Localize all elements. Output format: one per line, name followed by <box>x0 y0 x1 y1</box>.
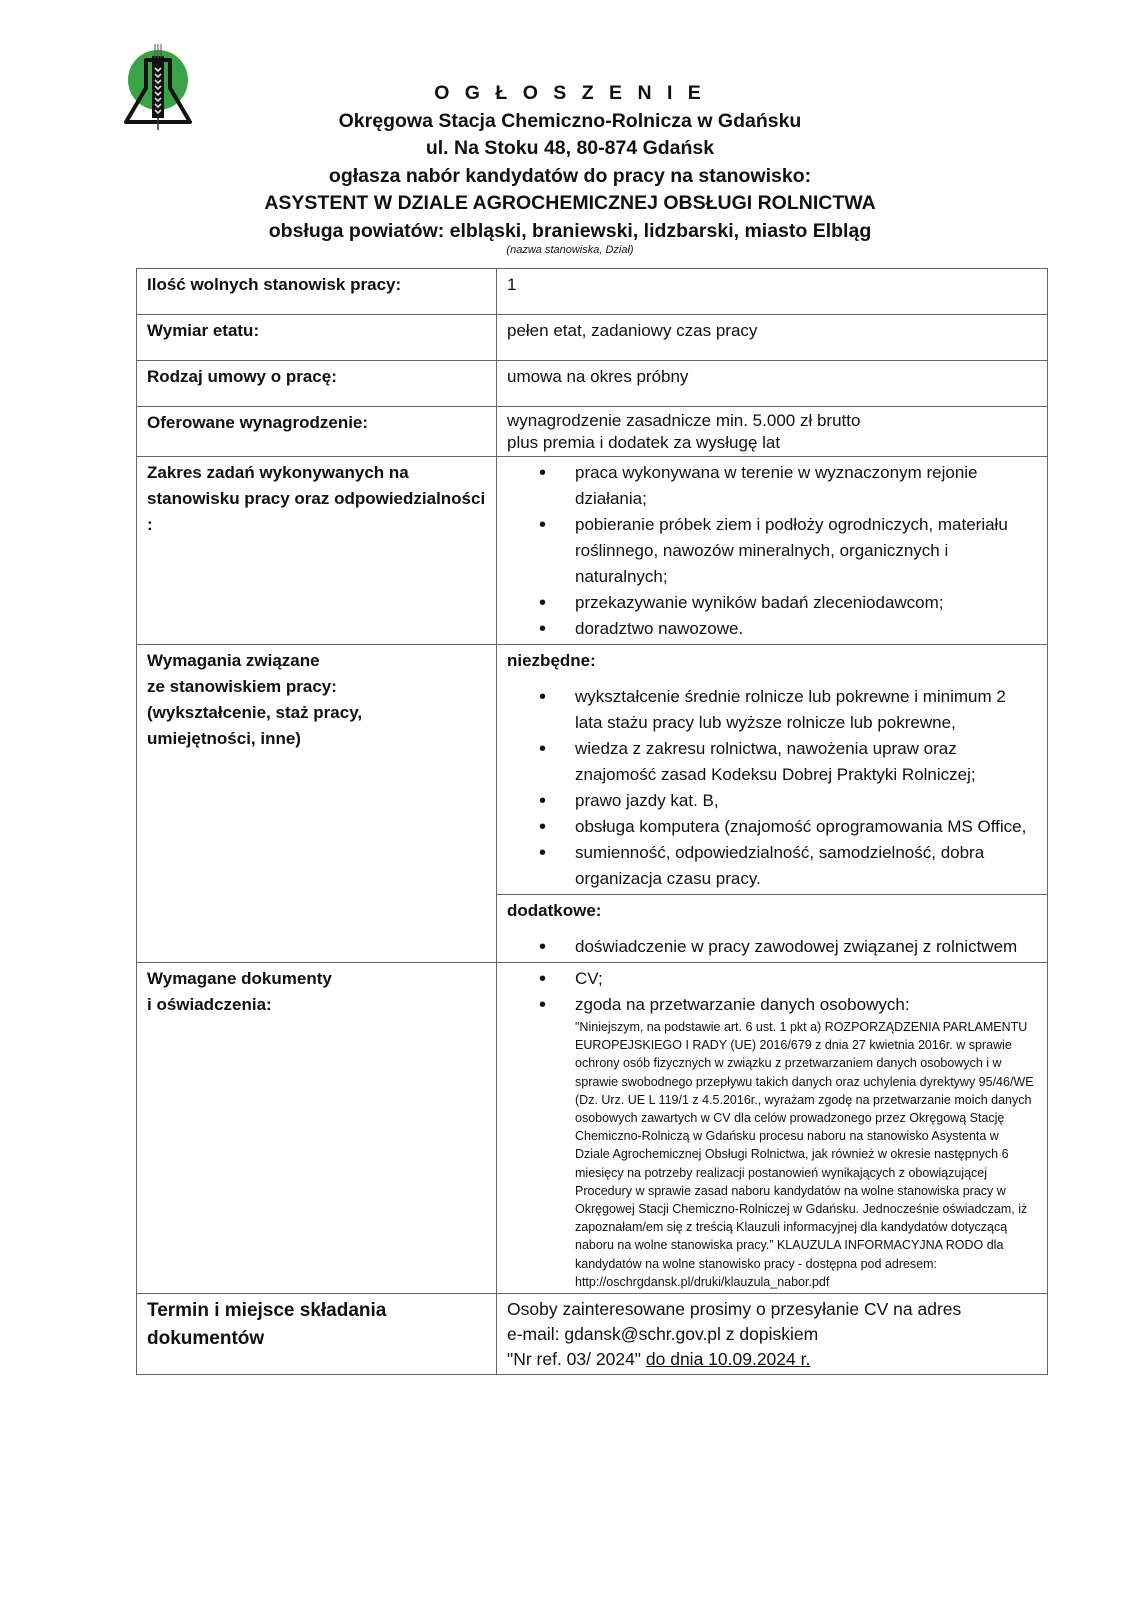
list-item: przekazywanie wyników badań zleceniodawc… <box>507 590 1037 616</box>
announcement-title: O G Ł O S Z E N I E <box>0 80 1140 108</box>
requirements-label: Wymagania związane ze stanowiskiem pracy… <box>137 645 497 963</box>
list-item: doradztwo nawozowe. <box>507 616 1037 642</box>
required-list: wykształcenie średnie rolnicze lub pokre… <box>507 684 1037 892</box>
table-row: Oferowane wynagrodzenie: wynagrodzenie z… <box>137 407 1048 457</box>
duties-list: praca wykonywana w terenie w wyznaczonym… <box>507 460 1037 642</box>
deadline-line-3: "Nr ref. 03/ 2024" do dnia 10.09.2024 r. <box>507 1347 1037 1372</box>
table-row: Wymiar etatu: pełen etat, zadaniowy czas… <box>137 315 1048 361</box>
reference-number: "Nr ref. 03/ 2024" <box>507 1349 646 1369</box>
documents-value: CV; zgoda na przetwarzanie danych osobow… <box>497 963 1048 1294</box>
list-item: wykształcenie średnie rolnicze lub pokre… <box>507 684 1037 736</box>
table-row: Ilość wolnych stanowisk pracy: 1 <box>137 269 1048 315</box>
list-item: doświadczenie w pracy zawodowej związane… <box>507 934 1037 960</box>
documents-label-line: i oświadczenia: <box>147 992 486 1018</box>
documents-label: Wymagane dokumenty i oświadczenia: <box>137 963 497 1294</box>
job-details-table: Ilość wolnych stanowisk pracy: 1 Wymiar … <box>136 268 1048 1375</box>
districts-text: obsługa powiatów: elbląski, braniewski, … <box>0 218 1140 246</box>
deadline-line-2: e-mail: gdansk@schr.gov.pl z dopiskiem <box>507 1322 1037 1347</box>
salary-label: Oferowane wynagrodzenie: <box>137 407 497 457</box>
requirements-label-line: ze stanowiskiem pracy: <box>147 674 486 700</box>
additional-list: doświadczenie w pracy zawodowej związane… <box>507 934 1037 960</box>
list-item: praca wykonywana w terenie w wyznaczonym… <box>507 460 1037 512</box>
list-item: zgoda na przetwarzanie danych osobowych: <box>507 992 1037 1018</box>
duties-label: Zakres zadań wykonywanych na stanowisku … <box>137 457 497 645</box>
duties-value: praca wykonywana w terenie w wyznaczonym… <box>497 457 1048 645</box>
contract-value: umowa na okres próbny <box>497 361 1048 407</box>
workload-label: Wymiar etatu: <box>137 315 497 361</box>
required-heading: niezbędne: <box>507 648 1037 674</box>
table-row: Termin i miejsce składania dokumentów Os… <box>137 1294 1048 1375</box>
announcement-header: O G Ł O S Z E N I E Okręgowa Stacja Chem… <box>0 80 1140 257</box>
list-item: obsługa komputera (znajomość oprogramowa… <box>507 814 1037 840</box>
consent-text: "Niniejszym, na podstawie art. 6 ust. 1 … <box>575 1020 1034 1271</box>
position-title: ASYSTENT W DZIALE AGROCHEMICZNEJ OBSŁUGI… <box>0 190 1140 218</box>
requirements-label-line: (wykształcenie, staż pracy, <box>147 700 486 726</box>
list-item: pobieranie próbek ziem i podłoży ogrodni… <box>507 512 1037 590</box>
table-row: Wymagane dokumenty i oświadczenia: CV; z… <box>137 963 1048 1294</box>
list-item: sumienność, odpowiedzialność, samodzieln… <box>507 840 1037 892</box>
deadline-value: Osoby zainteresowane prosimy o przesyłan… <box>497 1294 1048 1375</box>
required-qualifications: niezbędne: wykształcenie średnie rolnicz… <box>497 645 1048 895</box>
list-item: wiedza z zakresu rolnictwa, nawożenia up… <box>507 736 1037 788</box>
deadline-line-1: Osoby zainteresowane prosimy o przesyłan… <box>507 1297 1037 1322</box>
organization-name: Okręgowa Stacja Chemiczno-Rolnicza w Gda… <box>0 108 1140 136</box>
list-item: CV; <box>507 966 1037 992</box>
deadline-date: do dnia 10.09.2024 r. <box>646 1349 810 1369</box>
documents-list: CV; zgoda na przetwarzanie danych osobow… <box>507 966 1037 1018</box>
deadline-label-line: Termin i miejsce składania <box>147 1297 486 1325</box>
contract-label: Rodzaj umowy o pracę: <box>137 361 497 407</box>
intro-text: ogłasza nabór kandydatów do pracy na sta… <box>0 163 1140 191</box>
documents-label-line: Wymagane dokumenty <box>147 966 486 992</box>
salary-value: wynagrodzenie zasadnicze min. 5.000 zł b… <box>497 407 1048 457</box>
list-item: prawo jazdy kat. B, <box>507 788 1037 814</box>
table-row: Zakres zadań wykonywanych na stanowisku … <box>137 457 1048 645</box>
deadline-label-line: dokumentów <box>147 1325 486 1353</box>
salary-line-1: wynagrodzenie zasadnicze min. 5.000 zł b… <box>507 410 1037 432</box>
vacancies-value: 1 <box>497 269 1048 315</box>
workload-value: pełen etat, zadaniowy czas pracy <box>497 315 1048 361</box>
requirements-label-line: Wymagania związane <box>147 648 486 674</box>
organization-address: ul. Na Stoku 48, 80-874 Gdańsk <box>0 135 1140 163</box>
position-note: (nazwa stanowiska, Dział) <box>0 243 1140 257</box>
deadline-label: Termin i miejsce składania dokumentów <box>137 1294 497 1375</box>
consent-clause: "Niniejszym, na podstawie art. 6 ust. 1 … <box>507 1018 1037 1291</box>
table-row: Wymagania związane ze stanowiskiem pracy… <box>137 645 1048 895</box>
salary-line-2: plus premia i dodatek za wysługę lat <box>507 432 1037 454</box>
additional-heading: dodatkowe: <box>507 898 1037 924</box>
consent-link[interactable]: http://oschrgdansk.pl/druki/klauzula_nab… <box>575 1275 829 1289</box>
requirements-label-line: umiejętności, inne) <box>147 726 486 752</box>
vacancies-label: Ilość wolnych stanowisk pracy: <box>137 269 497 315</box>
table-row: Rodzaj umowy o pracę: umowa na okres pró… <box>137 361 1048 407</box>
additional-qualifications: dodatkowe: doświadczenie w pracy zawodow… <box>497 895 1048 963</box>
